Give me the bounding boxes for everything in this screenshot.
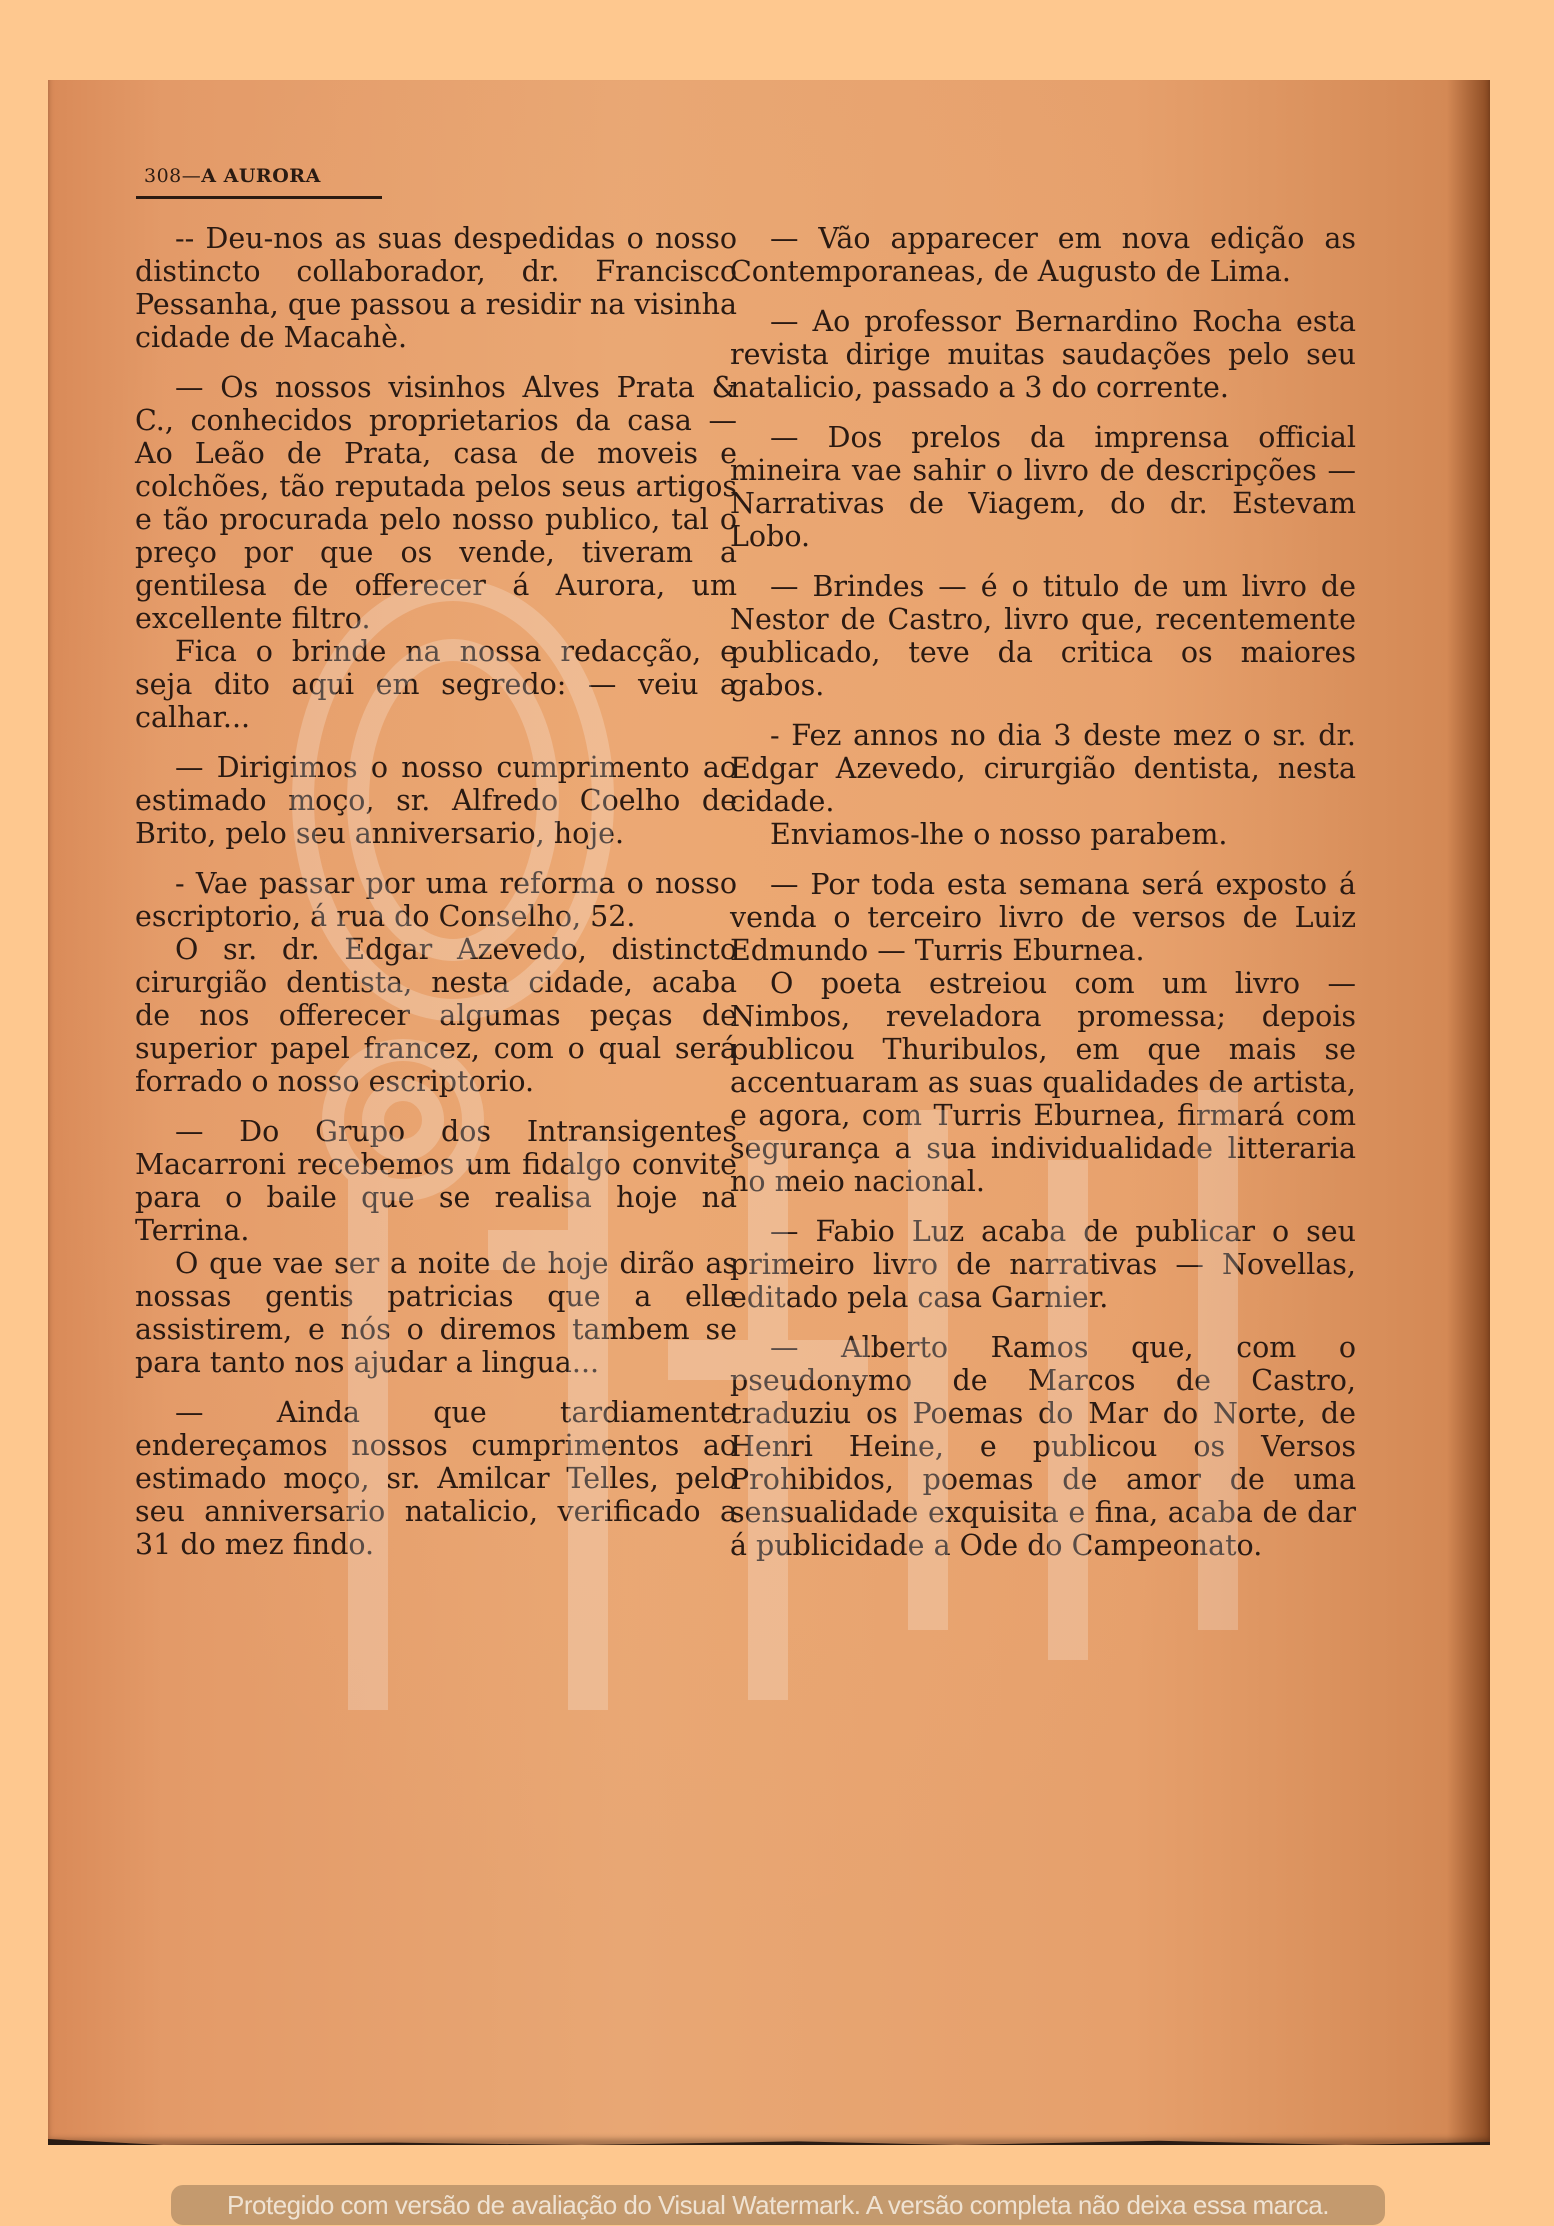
paragraph: — Fabio Luz acaba de publicar o seu prim… [730, 1215, 1356, 1314]
paragraph: — Os nossos visinhos Alves Prata & C., c… [135, 371, 737, 635]
torn-page-edge [48, 2139, 1490, 2145]
running-head: 308—A AURORA [144, 165, 321, 187]
paragraph: — Dirigimos o nosso cumprimento ao estim… [135, 751, 737, 850]
paragraph: -- Deu-nos as suas despedidas o nosso di… [135, 222, 737, 354]
paragraph: O sr. dr. Edgar Azevedo, distincto cirur… [135, 933, 737, 1098]
paragraph: — Ao professor Bernardino Rocha esta rev… [730, 305, 1356, 404]
trial-watermark-notice: Protegido com versão de avaliação do Vis… [171, 2185, 1385, 2225]
left-column: -- Deu-nos as suas despedidas o nosso di… [135, 222, 737, 1578]
paragraph: - Vae passar por uma reforma o nosso esc… [135, 867, 737, 933]
paragraph: — Vão apparecer em nova edição as Contem… [730, 222, 1356, 288]
paragraph: O que vae ser a noite de hoje dirão as n… [135, 1247, 737, 1379]
paragraph: — Ainda que tardiamente endereçamos noss… [135, 1396, 737, 1561]
right-column: — Vão apparecer em nova edição as Contem… [730, 222, 1356, 1579]
paragraph: Fica o brinde na nossa redacção, e seja … [135, 635, 737, 734]
paragraph: — Dos prelos da imprensa official mineir… [730, 421, 1356, 553]
paragraph: Enviamos-lhe o nosso parabem. [730, 818, 1356, 851]
paragraph: — Brindes — é o titulo de um livro de Ne… [730, 570, 1356, 702]
paragraph: — Alberto Ramos que, com o pseudonymo de… [730, 1331, 1356, 1562]
paragraph: — Do Grupo dos Intransigentes Macarroni … [135, 1115, 737, 1247]
page-number: 308 [144, 165, 182, 187]
paragraph: — Por toda esta semana será exposto á ve… [730, 868, 1356, 967]
paragraph: O poeta estreiou com um livro — Nimbos, … [730, 967, 1356, 1198]
paragraph: - Fez annos no dia 3 deste mez o sr. dr.… [730, 719, 1356, 818]
publication-title: A AURORA [201, 165, 321, 187]
head-separator: — [182, 165, 202, 187]
header-rule [136, 196, 382, 199]
